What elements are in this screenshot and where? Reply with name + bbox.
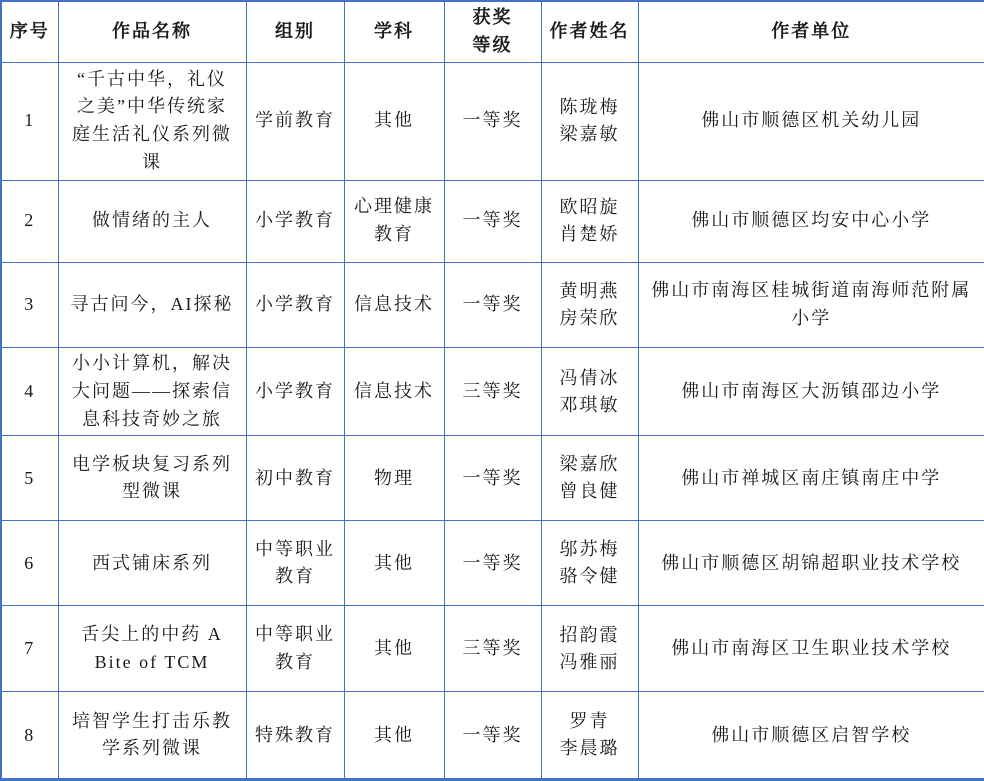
cell-subject: 心理健康 教育 [344, 180, 444, 262]
column-header-award: 获奖 等级 [444, 1, 541, 62]
table-row: 6 西式铺床系列 中等职业 教育 其他 一等奖 邬苏梅 骆令健 佛山市顺德区胡锦… [1, 521, 984, 606]
table-row: 5 电学板块复习系列 型微课 初中教育 物理 一等奖 梁嘉欣 曾良健 佛山市禅城… [1, 436, 984, 521]
column-header-group: 组别 [246, 1, 344, 62]
column-header-index: 序号 [1, 1, 58, 62]
cell-index: 7 [1, 606, 58, 692]
cell-authors: 招韵霞 冯雅丽 [541, 606, 638, 692]
cell-authors: 梁嘉欣 曾良健 [541, 436, 638, 521]
author-name: 冯倩冰 [546, 365, 634, 392]
author-name: 房荣欣 [546, 305, 634, 332]
cell-group: 中等职业 教育 [246, 606, 344, 692]
author-name: 招韵霞 [546, 622, 634, 649]
cell-index: 2 [1, 180, 58, 262]
author-name: 梁嘉欣 [546, 451, 634, 478]
cell-authors: 冯倩冰 邓琪敏 [541, 347, 638, 436]
author-name: 骆令健 [546, 563, 634, 590]
cell-group: 小学教育 [246, 180, 344, 262]
author-name: 罗青 [546, 708, 634, 735]
author-name: 邬苏梅 [546, 536, 634, 563]
cell-group: 学前教育 [246, 62, 344, 180]
cell-index: 3 [1, 262, 58, 347]
column-header-title: 作品名称 [58, 1, 246, 62]
awards-table: 序号 作品名称 组别 学科 获奖 等级 作者姓名 作者单位 1 “千古中华，礼仪… [0, 0, 984, 781]
cell-organization: 佛山市顺德区胡锦超职业技术学校 [638, 521, 984, 606]
cell-subject: 物理 [344, 436, 444, 521]
author-name: 冯雅丽 [546, 649, 634, 676]
cell-authors: 陈珑梅 梁嘉敏 [541, 62, 638, 180]
cell-organization: 佛山市南海区桂城街道南海师范附属小学 [638, 262, 984, 347]
author-name: 欧昭旋 [546, 194, 634, 221]
author-name: 曾良健 [546, 478, 634, 505]
cell-organization: 佛山市顺德区启智学校 [638, 692, 984, 780]
cell-subject: 其他 [344, 606, 444, 692]
table-row: 8 培智学生打击乐教 学系列微课 特殊教育 其他 一等奖 罗青 李晨璐 佛山市顺… [1, 692, 984, 780]
table-row: 7 舌尖上的中药 A Bite of TCM 中等职业 教育 其他 三等奖 招韵… [1, 606, 984, 692]
cell-index: 6 [1, 521, 58, 606]
header-row: 序号 作品名称 组别 学科 获奖 等级 作者姓名 作者单位 [1, 1, 984, 62]
author-name: 陈珑梅 [546, 94, 634, 121]
cell-subject: 信息技术 [344, 262, 444, 347]
cell-title: 西式铺床系列 [58, 521, 246, 606]
cell-award: 一等奖 [444, 62, 541, 180]
cell-group: 中等职业 教育 [246, 521, 344, 606]
cell-index: 4 [1, 347, 58, 436]
cell-award: 一等奖 [444, 692, 541, 780]
cell-title: 培智学生打击乐教 学系列微课 [58, 692, 246, 780]
author-name: 梁嘉敏 [546, 121, 634, 148]
cell-organization: 佛山市南海区大沥镇邵边小学 [638, 347, 984, 436]
column-header-subject: 学科 [344, 1, 444, 62]
table-row: 1 “千古中华，礼仪 之美”中华传统家 庭生活礼仪系列微 课 学前教育 其他 一… [1, 62, 984, 180]
cell-title: 舌尖上的中药 A Bite of TCM [58, 606, 246, 692]
cell-organization: 佛山市南海区卫生职业技术学校 [638, 606, 984, 692]
table-row: 4 小小计算机，解决 大问题——探索信 息科技奇妙之旅 小学教育 信息技术 三等… [1, 347, 984, 436]
cell-authors: 黄明燕 房荣欣 [541, 262, 638, 347]
cell-organization: 佛山市顺德区均安中心小学 [638, 180, 984, 262]
author-name: 黄明燕 [546, 278, 634, 305]
cell-title: 小小计算机，解决 大问题——探索信 息科技奇妙之旅 [58, 347, 246, 436]
cell-title: 做情绪的主人 [58, 180, 246, 262]
cell-index: 5 [1, 436, 58, 521]
author-name: 邓琪敏 [546, 392, 634, 419]
cell-organization: 佛山市禅城区南庄镇南庄中学 [638, 436, 984, 521]
column-header-organization: 作者单位 [638, 1, 984, 62]
author-name: 肖楚娇 [546, 221, 634, 248]
cell-award: 一等奖 [444, 436, 541, 521]
table-row: 2 做情绪的主人 小学教育 心理健康 教育 一等奖 欧昭旋 肖楚娇 佛山市顺德区… [1, 180, 984, 262]
cell-award: 一等奖 [444, 521, 541, 606]
cell-award: 一等奖 [444, 180, 541, 262]
table-row: 3 寻古问今，AI探秘 小学教育 信息技术 一等奖 黄明燕 房荣欣 佛山市南海区… [1, 262, 984, 347]
column-header-authors: 作者姓名 [541, 1, 638, 62]
cell-subject: 其他 [344, 692, 444, 780]
cell-award: 三等奖 [444, 606, 541, 692]
cell-subject: 信息技术 [344, 347, 444, 436]
cell-subject: 其他 [344, 521, 444, 606]
cell-index: 8 [1, 692, 58, 780]
cell-title: “千古中华，礼仪 之美”中华传统家 庭生活礼仪系列微 课 [58, 62, 246, 180]
cell-authors: 邬苏梅 骆令健 [541, 521, 638, 606]
cell-group: 小学教育 [246, 262, 344, 347]
cell-organization: 佛山市顺德区机关幼儿园 [638, 62, 984, 180]
cell-group: 小学教育 [246, 347, 344, 436]
author-name: 李晨璐 [546, 735, 634, 762]
cell-award: 一等奖 [444, 262, 541, 347]
cell-authors: 罗青 李晨璐 [541, 692, 638, 780]
cell-title: 电学板块复习系列 型微课 [58, 436, 246, 521]
cell-authors: 欧昭旋 肖楚娇 [541, 180, 638, 262]
cell-subject: 其他 [344, 62, 444, 180]
cell-group: 特殊教育 [246, 692, 344, 780]
cell-index: 1 [1, 62, 58, 180]
cell-award: 三等奖 [444, 347, 541, 436]
cell-group: 初中教育 [246, 436, 344, 521]
cell-title: 寻古问今，AI探秘 [58, 262, 246, 347]
